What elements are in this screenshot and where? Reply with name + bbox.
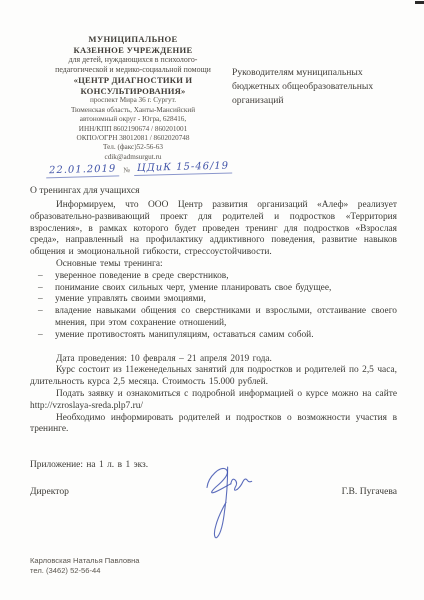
- list-item-text: умение управлять своими эмоциями,: [55, 294, 206, 304]
- org-type-line-2: КАЗЕННОЕ УЧРЕЖДЕНИЕ: [32, 45, 234, 56]
- org-address-line-1: проспект Мира 36 г. Сургут.: [32, 96, 234, 105]
- signature-row: Директор Г.В. Пугачева: [30, 486, 397, 497]
- dash-marker: –: [38, 271, 43, 283]
- list-item-text: владение навыками общения со сверстникам…: [55, 306, 397, 328]
- org-phone: Тел. (факс)52-56-63: [32, 143, 234, 152]
- paragraph-date: Дата проведения: 10 февраля – 21 апреля …: [30, 354, 397, 366]
- contact-name: Карловская Наталья Павловна: [30, 556, 140, 566]
- recipient-block: Руководителям муниципальных бюджетных об…: [232, 66, 404, 108]
- recipient-line: организаций: [232, 94, 404, 108]
- topics-label: Основные темы тренинга:: [30, 259, 397, 271]
- list-item-text: понимание своих сильных черт, умение пла…: [55, 283, 331, 293]
- org-inn-kpp: ИНН/КПП 8602190674 / 860201001: [32, 125, 234, 134]
- signer-name: Г.В. Пугачева: [342, 486, 397, 497]
- list-item: –владение навыками общения со сверстника…: [30, 306, 397, 330]
- list-item-text: умение противостоять манипуляциям, остав…: [55, 330, 314, 340]
- paragraph-apply: Подать заявку и ознакомиться с подробной…: [30, 389, 397, 413]
- letter-body: Информируем, что ООО Центр развития орга…: [30, 200, 397, 472]
- subject-line: О тренингах для учащихся: [30, 185, 140, 196]
- handwritten-number: ЦДиК 15-46/19: [134, 160, 232, 176]
- handwritten-date: 22.01.2019: [46, 163, 120, 178]
- contact-phone: тел. (3462) 52-56-44: [30, 566, 140, 576]
- list-item: –понимание своих сильных черт, умение пл…: [30, 283, 397, 295]
- org-desc-line-2: педагогической и медико-социальной помощ…: [32, 65, 234, 75]
- scanned-letter-page: МУНИЦИПАЛЬНОЕ КАЗЕННОЕ УЧРЕЖДЕНИЕ для де…: [0, 0, 424, 600]
- list-item: –умение управлять своими эмоциями,: [30, 294, 397, 306]
- list-item: –умение противостоять манипуляциям, оста…: [30, 330, 397, 342]
- paragraph-intro: Информируем, что ООО Центр развития орга…: [30, 200, 397, 259]
- dash-marker: –: [38, 330, 43, 342]
- recipient-line: бюджетных общеобразовательных: [232, 80, 404, 94]
- letterhead: МУНИЦИПАЛЬНОЕ КАЗЕННОЕ УЧРЕЖДЕНИЕ для де…: [32, 34, 234, 162]
- org-desc-line-1: для детей, нуждающихся в психолого-: [32, 55, 234, 65]
- paragraph-course: Курс состоит из 11еженедельных занятий д…: [30, 365, 397, 389]
- reference-line: 22.01.2019 № ЦДиК 15-46/19: [46, 156, 224, 179]
- org-name-line-1: «ЦЕНТР ДИАГНОСТИКИ И: [32, 75, 234, 86]
- signer-title: Директор: [30, 486, 69, 497]
- apply-text: Подать заявку и ознакомиться с подробной…: [56, 389, 397, 399]
- list-item-text: уверенное поведение в среде сверстников,: [55, 271, 229, 281]
- course-url: http://vzroslaya-sreda.plp7.ru/: [30, 401, 143, 411]
- org-address-line-3: автономный округ - Югра, 628416,: [32, 115, 234, 124]
- org-name-line-2: КОНСУЛЬТИРОВАНИЯ»: [32, 86, 234, 97]
- dash-marker: –: [38, 283, 43, 295]
- list-item: –уверенное поведение в среде сверстников…: [30, 271, 397, 283]
- paragraph-inform: Необходимо информировать родителей и под…: [30, 413, 397, 437]
- dash-marker: –: [38, 306, 43, 318]
- org-okpo-ogrn: ОКПО/ОГРН 38012081 / 8602020748: [32, 134, 234, 143]
- org-address-line-2: Тюменская область, Ханты-Мансийский: [32, 106, 234, 115]
- number-sign: №: [123, 166, 130, 176]
- scan-artifact-mark: [415, 1, 424, 4]
- executor-footer: Карловская Наталья Павловна тел. (3462) …: [30, 556, 140, 576]
- signature-scribble: [195, 460, 262, 542]
- recipient-line: Руководителям муниципальных: [232, 66, 404, 80]
- org-type-line-1: МУНИЦИПАЛЬНОЕ: [32, 34, 234, 45]
- dash-marker: –: [38, 294, 43, 306]
- topics-list: –уверенное поведение в среде сверстников…: [30, 271, 397, 342]
